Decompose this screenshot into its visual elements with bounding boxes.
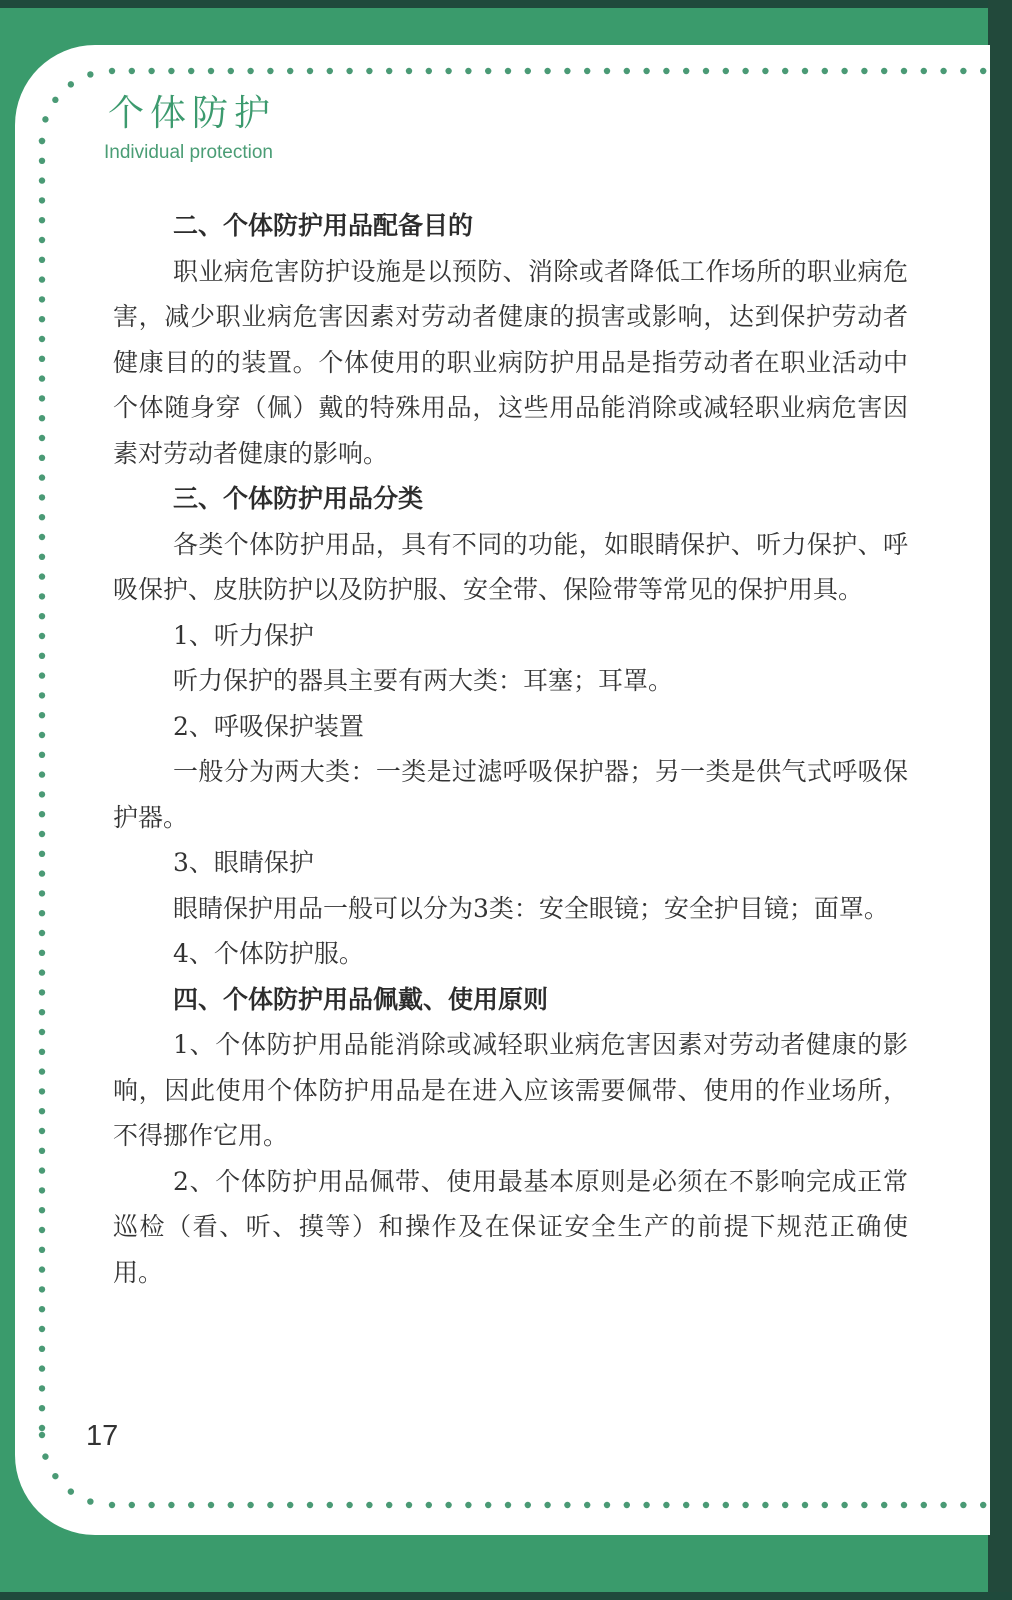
section-heading: 四、个体防护用品佩戴、使用原则 (113, 977, 908, 1023)
list-item-title: 1、听力保护 (113, 613, 908, 659)
list-item-text: 听力保护的器具主要有两大类：耳塞；耳罩。 (113, 658, 908, 704)
list-item-title: 4、个体防护服。 (113, 931, 908, 977)
list-item-title: 3、眼睛保护 (113, 840, 908, 886)
paragraph: 各类个体防护用品，具有不同的功能，如眼睛保护、听力保护、呼吸保护、皮肤防护以及防… (113, 522, 908, 613)
chapter-title-cn: 个体防护 (108, 96, 276, 132)
section-heading: 三、个体防护用品分类 (113, 476, 908, 522)
chapter-title-en: Individual protection (104, 143, 273, 162)
top-edge-strip (0, 0, 1012, 8)
body-content: 二、个体防护用品配备目的 职业病危害防护设施是以预防、消除或者降低工作场所的职业… (113, 203, 908, 1295)
paragraph: 2、个体防护用品佩带、使用最基本原则是必须在不影响完成正常巡检（看、听、摸等）和… (113, 1159, 908, 1296)
paragraph: 职业病危害防护设施是以预防、消除或者降低工作场所的职业病危害，减少职业病危害因素… (113, 249, 908, 477)
section-heading: 二、个体防护用品配备目的 (113, 203, 908, 249)
page-number: 17 (86, 1422, 118, 1451)
right-binding-edge (988, 0, 1012, 1600)
paragraph: 1、个体防护用品能消除或减轻职业病危害因素对劳动者健康的影响，因此使用个体防护用… (113, 1022, 908, 1159)
page-frame: 个体防护 Individual protection 二、个体防护用品配备目的 … (0, 0, 1012, 1600)
list-item-text: 一般分为两大类：一类是过滤呼吸保护器；另一类是供气式呼吸保护器。 (113, 749, 908, 840)
bottom-edge-strip (0, 1592, 1012, 1600)
list-item-title: 2、呼吸保护装置 (113, 704, 908, 750)
list-item-text: 眼睛保护用品一般可以分为3类：安全眼镜；安全护目镜；面罩。 (113, 886, 908, 932)
